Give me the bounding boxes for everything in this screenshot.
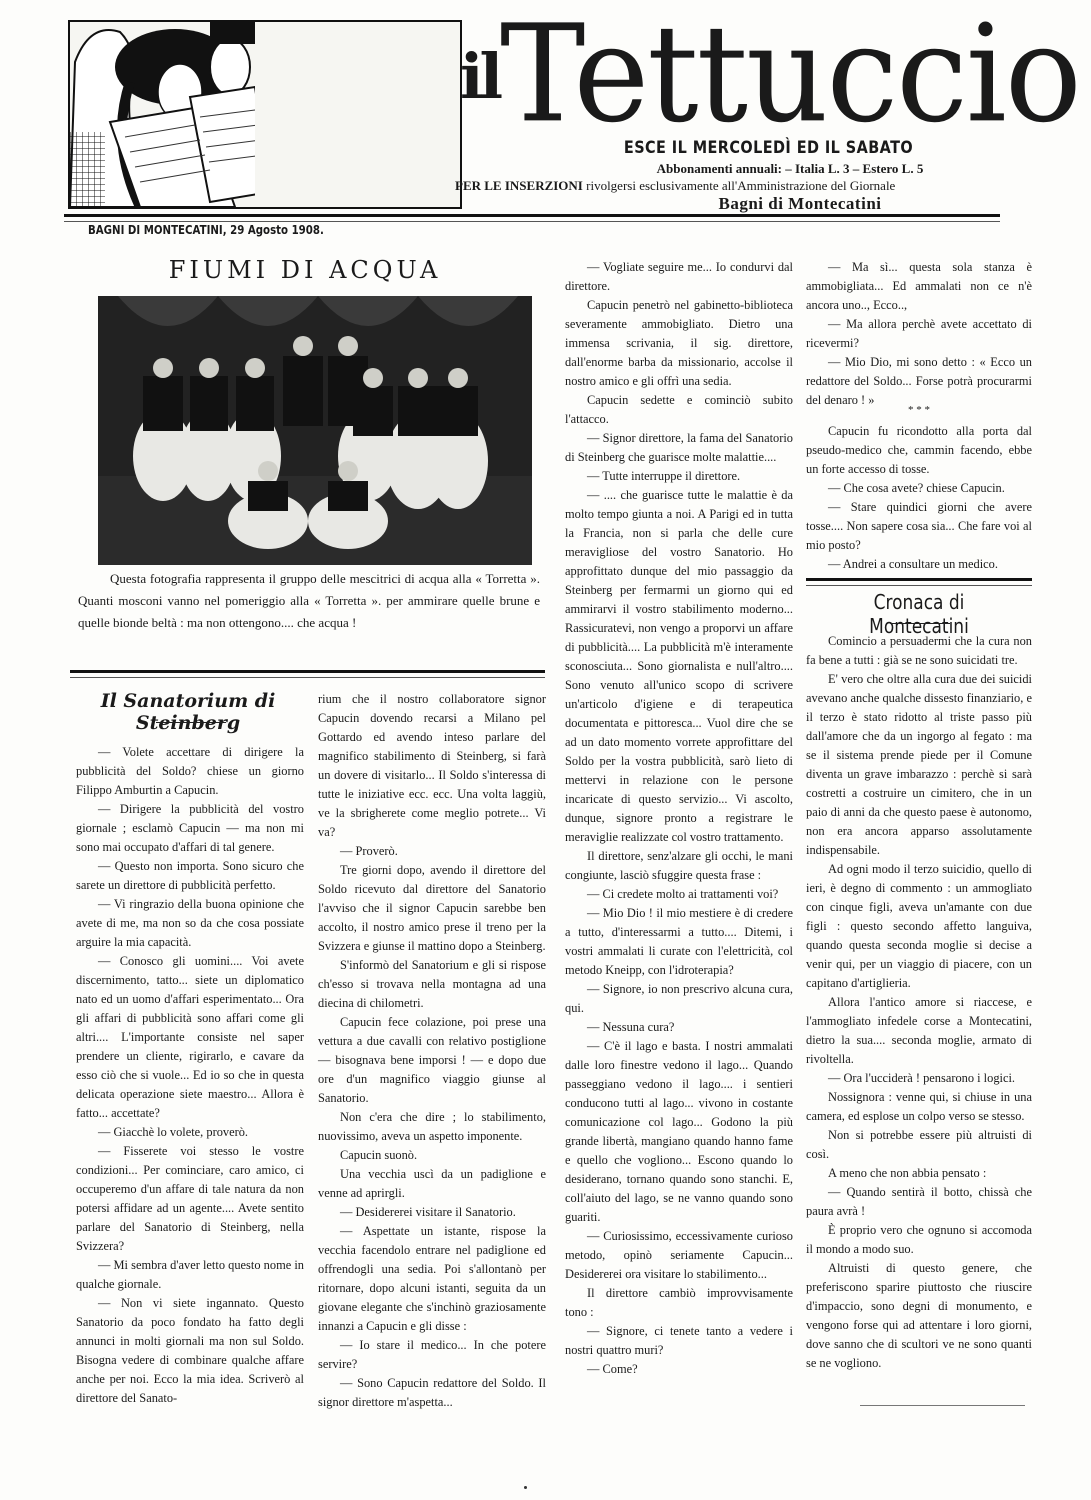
paragraph: — Aspettate un istante, rispose la vecch…	[318, 1222, 546, 1336]
paragraph: — Tutte interruppe il direttore.	[565, 467, 793, 486]
article-column-2: rium che il nostro collaboratore signor …	[318, 690, 546, 1412]
article-title-fiumi: FIUMI DI ACQUA	[60, 256, 550, 284]
paragraph: Il direttore cambiò improvvisamente tono…	[565, 1284, 793, 1322]
paragraph: — Conosco gli uomini.... Voi avete disce…	[76, 952, 304, 1123]
paragraph: — Desidererei visitare il Sanatorio.	[318, 1203, 546, 1222]
paragraph: — Ci credete molto ai trattamenti voi?	[565, 885, 793, 904]
page-speck	[524, 1486, 527, 1489]
paragraph: — C'è il lago e basta. I nostri ammalati…	[565, 1037, 793, 1227]
paragraph: — Curiosissimo, eccessivamente curioso m…	[565, 1227, 793, 1284]
paragraph: — Nessuna cura?	[565, 1018, 793, 1037]
paragraph: Capucin suonò.	[318, 1146, 546, 1165]
paragraph: — .... che guarisce tutte le malattie è …	[565, 486, 793, 847]
paragraph: Non c'era che dire ; lo stabilimento, nu…	[318, 1108, 546, 1146]
paragraph: — Stare quindici giorni che avere tosse.…	[806, 498, 1032, 555]
paragraph: — Io stare il medico... In che potere se…	[318, 1336, 546, 1374]
paragraph: Non si potrebbe essere più altruisti di …	[806, 1126, 1032, 1164]
paragraph: — Signor direttore, la fama del Sanatori…	[565, 429, 793, 467]
paragraph: — Non vi siete ingannato. Questo Sanator…	[76, 1294, 304, 1408]
article-column-4: — Ma sì... questa sola stanza è ammobigl…	[806, 258, 1032, 410]
article-title-sanatorium: Il Sanatorium di Steinberg	[66, 690, 310, 734]
paragraph: — Ma sì... questa sola stanza è ammobigl…	[806, 258, 1032, 315]
paragraph: — Quando sentirà il botto, chissà che pa…	[806, 1183, 1032, 1221]
asterism-divider: * * *	[806, 406, 1032, 414]
paragraph: — Andrei a consultare un medico.	[806, 555, 1032, 574]
paragraph: — Volete accettare di dirigere la pubbli…	[76, 743, 304, 800]
end-rule	[860, 1405, 1025, 1406]
paragraph: — Ora l'ucciderà ! pensarono i logici.	[806, 1069, 1032, 1088]
paragraph: — Signore, io non prescrivo alcuna cura,…	[565, 980, 793, 1018]
paragraph: È proprio vero che ognuno si accomoda il…	[806, 1221, 1032, 1259]
article-title-cronaca: Cronaca di Montecatini	[823, 590, 1015, 638]
paragraph: — Signore, ci tenete tanto a vedere i no…	[565, 1322, 793, 1360]
advertising-notice: PER LE INSERZIONI rivolgersi esclusivame…	[455, 178, 1075, 194]
masthead-divider	[64, 214, 1000, 222]
group-photo-icon	[98, 296, 532, 565]
paragraph: Altruisti di questo genere, che preferis…	[806, 1259, 1032, 1373]
paragraph: S'informò del Sanatorium e gli si rispos…	[318, 956, 546, 1013]
caption-text: Questa fotografia rappresenta il gruppo …	[78, 568, 540, 634]
paragraph: Nossignora : venne qui, si chiuse in una…	[806, 1088, 1032, 1126]
paragraph: — Mi sembra d'aver letto questo nome in …	[76, 1256, 304, 1294]
paragraph: Una vecchia uscì da un padiglione e venn…	[318, 1165, 546, 1203]
paragraph: Capucin penetrò nel gabinetto-biblioteca…	[565, 296, 793, 391]
masthead-illustration	[68, 20, 462, 209]
paragraph: — Vogliate seguire me... Io condurvi dal…	[565, 258, 793, 296]
ads-label: PER LE INSERZIONI	[455, 178, 583, 193]
paragraph: — Giacchè lo volete, proverò.	[76, 1123, 304, 1142]
paragraph: — Questo non importa. Sono sicuro che sa…	[76, 857, 304, 895]
ads-text: rivolgersi esclusivamente all'Amministra…	[583, 178, 895, 193]
masthead-title: Tettuccio	[500, 8, 1080, 142]
photo-caption: Questa fotografia rappresenta il gruppo …	[78, 568, 540, 634]
cronaca-column: Comincio a persuadermi che la cura non f…	[806, 632, 1032, 1373]
paragraph: Capucin fece colazione, poi prese una ve…	[318, 1013, 546, 1108]
paragraph: Tre giorni dopo, avendo il direttore del…	[318, 861, 546, 956]
publication-schedule: ESCE IL MERCOLEDÌ ED IL SABATO	[590, 138, 947, 158]
paragraph: Allora l'antico amore si riaccese, e l'a…	[806, 993, 1032, 1069]
paragraph: Ad ogni modo il terzo suicidio, quello d…	[806, 860, 1032, 993]
paragraph: Capucin fu ricondotto alla porta dal pse…	[806, 422, 1032, 479]
paragraph: — Mio Dio, mi sono detto : « Ecco un red…	[806, 353, 1032, 410]
section-divider	[806, 578, 1032, 586]
paragraph: — Vi ringrazio della buona opinione che …	[76, 895, 304, 952]
paragraph: — Mio Dio ! il mio mestiere è di credere…	[565, 904, 793, 980]
masthead-title-prefix: il	[460, 40, 499, 113]
paragraph: — Sono Capucin redattore del Soldo. Il s…	[318, 1374, 546, 1412]
newspaper-readers-illustration-icon	[70, 22, 460, 207]
paragraph: — Come?	[565, 1360, 793, 1379]
title-underline	[156, 722, 226, 723]
subscription-prices: Abbonamenti annuali: – Italia L. 3 – Est…	[570, 161, 1010, 177]
paragraph: — Dirigere la pubblicità del vostro gior…	[76, 800, 304, 857]
article-column-1: — Volete accettare di dirigere la pubbli…	[76, 743, 304, 1408]
paragraph: — Che cosa avete? chiese Capucin.	[806, 479, 1032, 498]
paragraph: — Proverò.	[318, 842, 546, 861]
article-column-3: — Vogliate seguire me... Io condurvi dal…	[565, 258, 793, 1379]
paragraph: Il direttore, senz'alzare gli occhi, le …	[565, 847, 793, 885]
paragraph: A meno che non abbia pensato :	[806, 1164, 1032, 1183]
article-column-4-continued: Capucin fu ricondotto alla porta dal pse…	[806, 422, 1032, 574]
section-divider	[70, 670, 545, 678]
dateline: BAGNI DI MONTECATINI, 29 Agosto 1908.	[88, 223, 324, 237]
title-underline	[890, 623, 950, 624]
paragraph: rium che il nostro collaboratore signor …	[318, 690, 546, 842]
paragraph: — Fisserete voi stesso le vostre condizi…	[76, 1142, 304, 1256]
masthead-place: Bagni di Montecatini	[590, 194, 1010, 214]
paragraph: Capucin sedette e cominciò subito l'atta…	[565, 391, 793, 429]
paragraph: E' vero che oltre alla cura due dei suic…	[806, 670, 1032, 860]
paragraph: Comincio a persuadermi che la cura non f…	[806, 632, 1032, 670]
paragraph: — Ma allora perchè avete accettato di ri…	[806, 315, 1032, 353]
group-photo	[98, 296, 532, 565]
